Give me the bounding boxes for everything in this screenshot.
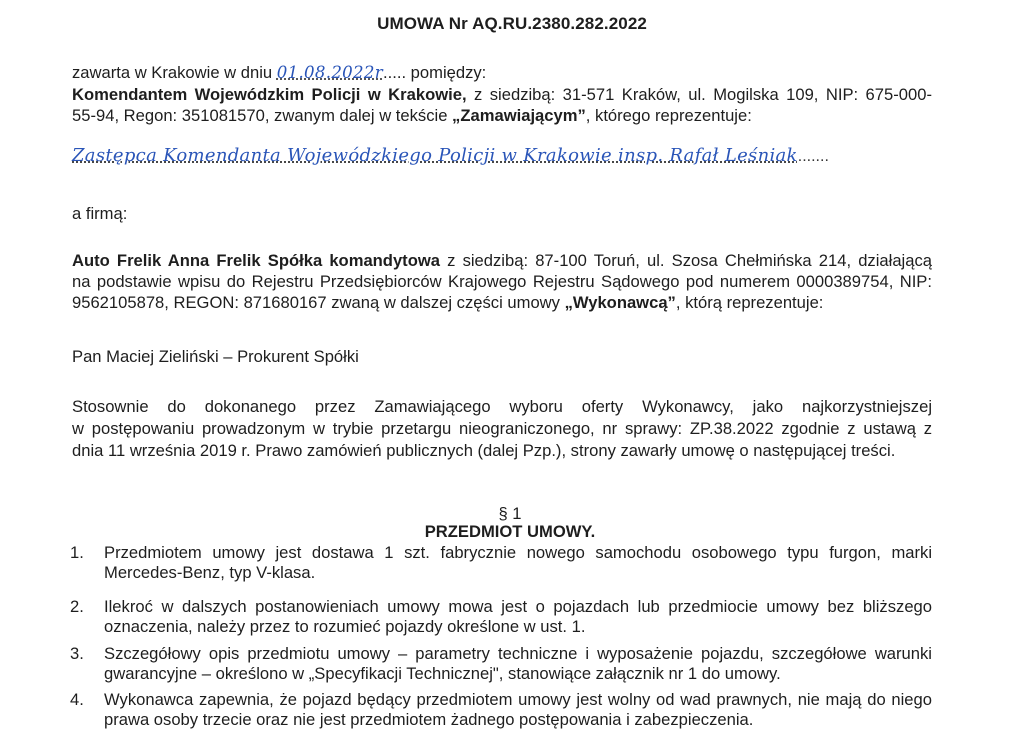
party2-role: Wykonawcą xyxy=(573,293,668,312)
list-item: Wykonawca zapewnia, że pojazd będący prz… xyxy=(104,690,932,730)
list-item-number: 4. xyxy=(70,690,90,710)
list-item-line: Szczegółowy opis przedmiotu umowy – para… xyxy=(104,644,932,664)
list-item-line: Przedmiotem umowy jest dostawa 1 szt. fa… xyxy=(104,543,932,563)
list-item-number: 3. xyxy=(70,644,90,664)
party1-name: Komendantem Wojewódzkim Policji w Krakow… xyxy=(72,85,467,104)
preamble-line2: w postępowaniu prowadzonym w trybie prze… xyxy=(72,419,932,439)
party2-line2: na podstawie wpisu do Rejestru Przedsięb… xyxy=(72,272,932,292)
party2-representative: Pan Maciej Zieliński – Prokurent Spółki xyxy=(72,347,359,367)
list-item-line: oznaczenia, należy przez to rozumieć poj… xyxy=(104,617,932,637)
list-item: Ilekroć w dalszych postanowieniach umowy… xyxy=(104,597,932,637)
intro-line: zawarta w Krakowie w dniu 01.08.2022r...… xyxy=(72,63,486,83)
party1-role: Zamawiającym xyxy=(460,106,577,125)
party1-represented-by: , którego reprezentuje: xyxy=(586,106,752,125)
intro-suffix: ..... pomiędzy: xyxy=(383,63,486,82)
section-heading: PRZEDMIOT UMOWY. xyxy=(0,522,1022,542)
handwritten-representative: Zastępca Komendanta Wojewódzkiego Policj… xyxy=(72,145,798,166)
intro-prefix: zawarta w Krakowie w dniu xyxy=(72,63,277,82)
party2-name: Auto Frelik Anna Frelik Spółka komandyto… xyxy=(72,251,440,270)
handwritten-date: 01.08.2022r xyxy=(277,63,383,82)
party1-representative-line: Zastępca Komendanta Wojewódzkiego Policj… xyxy=(72,146,829,167)
list-item-line: Mercedes-Benz, typ V-klasa. xyxy=(104,563,932,583)
list-item-number: 2. xyxy=(70,597,90,617)
party2-role-close: ” xyxy=(668,293,676,312)
list-item: Przedmiotem umowy jest dostawa 1 szt. fa… xyxy=(104,543,932,583)
party2-represented-by: , którą reprezentuje: xyxy=(676,293,824,312)
party1-line1: Komendantem Wojewódzkim Policji w Krakow… xyxy=(72,85,932,105)
representative-dots: ....... xyxy=(798,148,829,165)
party1-line2: 55-94, Regon: 351081570, zwanym dalej w … xyxy=(72,106,752,126)
preamble-line3: dnia 11 września 2019 r. Prawo zamówień … xyxy=(72,441,895,461)
contract-page: UMOWA Nr AQ.RU.2380.282.2022 zawarta w K… xyxy=(0,0,1024,756)
party2-line3: 9562105878, REGON: 871680167 zwaną w dal… xyxy=(72,293,823,313)
list-item-line: Ilekroć w dalszych postanowieniach umowy… xyxy=(104,597,932,617)
preamble-line1: Stosownie do dokonanego przez Zamawiając… xyxy=(72,397,932,417)
contract-title: UMOWA Nr AQ.RU.2380.282.2022 xyxy=(0,14,1024,34)
party2-address: z siedzibą: 87-100 Toruń, ul. Szosa Cheł… xyxy=(440,251,932,270)
section-number: § 1 xyxy=(0,504,1022,524)
party2-role-open: „ xyxy=(565,293,573,312)
list-item-line: prawa osoby trzecie oraz nie jest przedm… xyxy=(104,710,932,730)
party1-regon: 55-94, Regon: 351081570, zwanym dalej w … xyxy=(72,106,452,125)
party1-role-close: ” xyxy=(578,106,586,125)
list-item: Szczegółowy opis przedmiotu umowy – para… xyxy=(104,644,932,684)
list-item-line: Wykonawca zapewnia, że pojazd będący prz… xyxy=(104,690,932,710)
list-item-line: gwarancyjne – określono w „Specyfikacji … xyxy=(104,664,932,684)
party2-line1: Auto Frelik Anna Frelik Spółka komandyto… xyxy=(72,251,932,271)
and-firm-label: a firmą: xyxy=(72,204,127,224)
party1-address: z siedzibą: 31-571 Kraków, ul. Mogilska … xyxy=(467,85,932,104)
party2-regon: 9562105878, REGON: 871680167 zwaną w dal… xyxy=(72,293,565,312)
list-item-number: 1. xyxy=(70,543,90,563)
